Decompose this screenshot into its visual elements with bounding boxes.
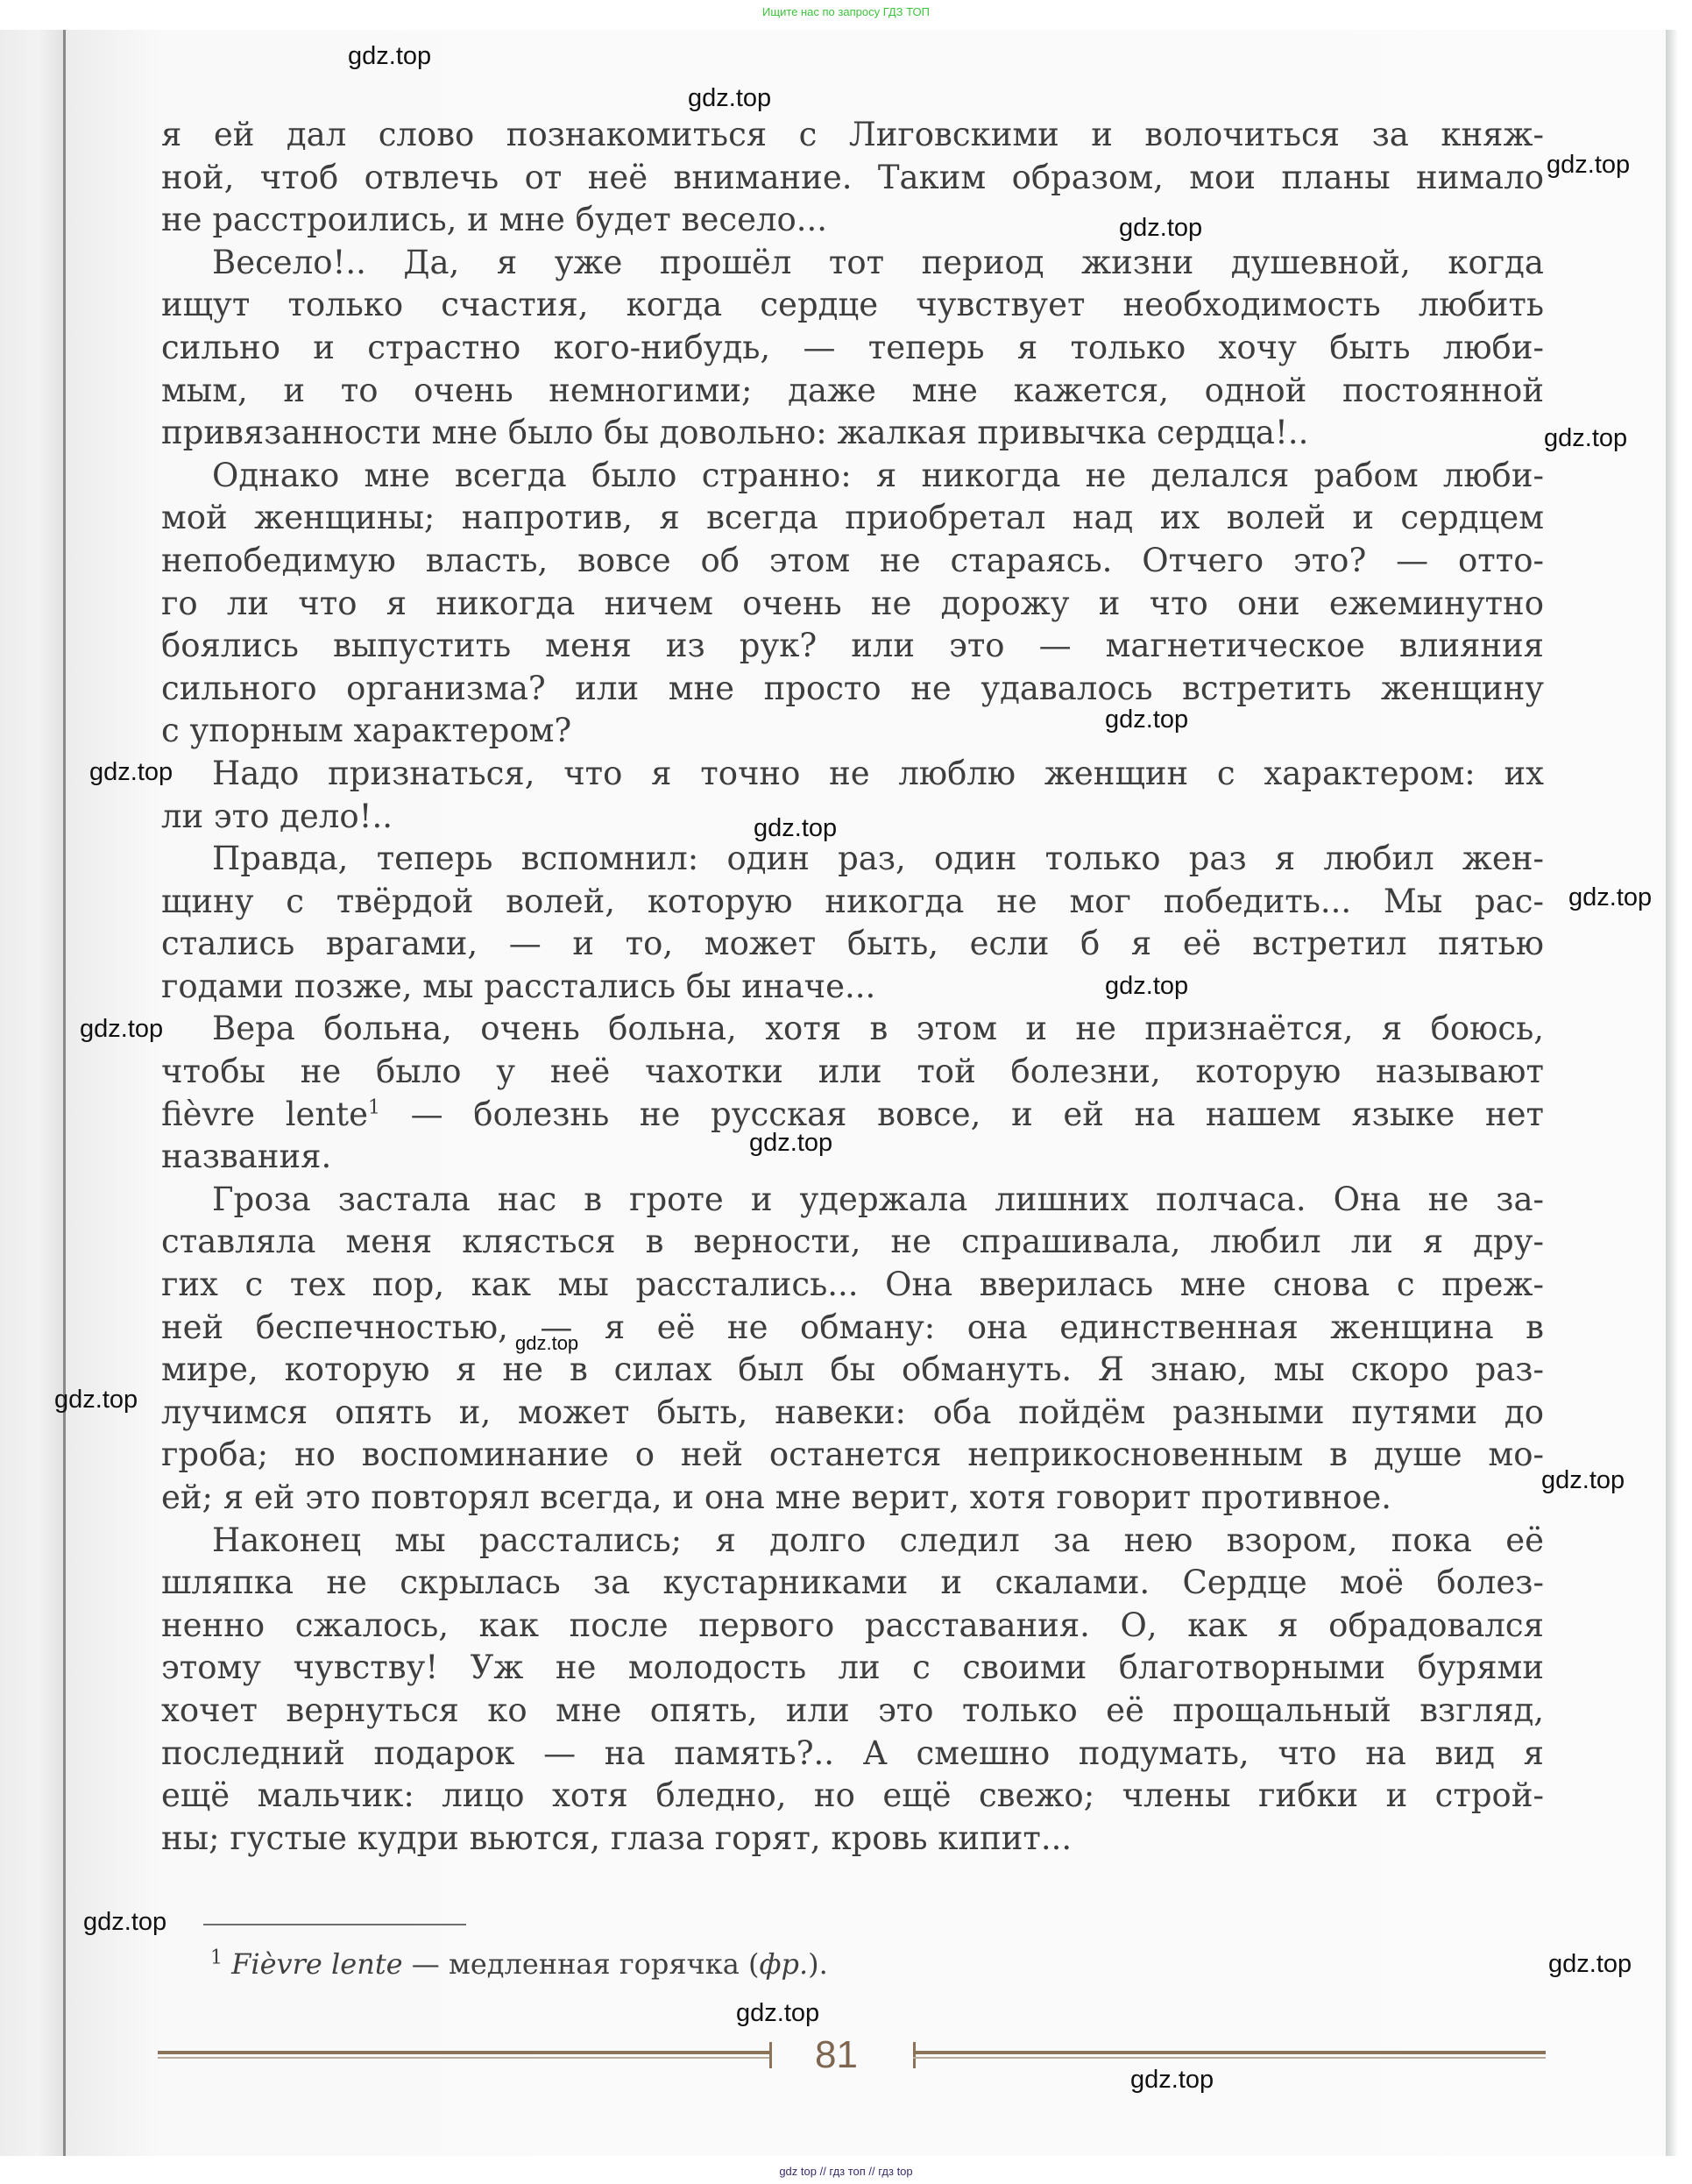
text-line: мой женщины; напротив, я всегда приобрет… [161, 497, 1544, 540]
watermark: gdz.top [754, 814, 837, 843]
watermark: gdz.top [1548, 1950, 1632, 1979]
text-line: шляпка не скрылась за кустарниками и ска… [161, 1562, 1544, 1605]
footer-links[interactable]: gdz top // гдз топ // гдз top [0, 2165, 1692, 2178]
text-line: Вера больна, очень больна, хотя в этом и… [161, 1008, 1544, 1051]
text-line: непобедимую власть, вовсе об этом не ста… [161, 540, 1544, 583]
watermark: gdz.top [54, 1386, 138, 1415]
text-line: Наконец мы расстались; я долго следил за… [161, 1520, 1544, 1563]
text-line: ставляла меня клясться в верности, не сп… [161, 1221, 1544, 1264]
text-line: го ли что я никогда ничем очень не дорож… [161, 583, 1544, 626]
footnote: 1 Fièvre lente — медленная горячка (фр.)… [210, 1947, 828, 1981]
text-line: гроба; но воспоминание о ней останется н… [161, 1434, 1544, 1477]
watermark: gdz.top [515, 1332, 578, 1355]
text-line: ной, чтоб отвлечь от неё внимание. Таким… [161, 157, 1544, 200]
watermark: gdz.top [83, 1908, 166, 1937]
text-line: Правда, теперь вспомнил: один раз, один … [161, 838, 1544, 881]
text-line: лучимся опять и, может быть, навеки: оба… [161, 1392, 1544, 1435]
previous-page-edge [0, 30, 63, 2156]
watermark: gdz.top [1130, 2066, 1214, 2095]
text-line: гих с тех пор, как мы расстались... Она … [161, 1264, 1544, 1307]
watermark: gdz.top [1105, 706, 1188, 734]
footnote-term: Fièvre lente [231, 1947, 402, 1981]
body-text: я ей дал слово познакомиться с Лиговским… [161, 114, 1544, 1860]
watermark: gdz.top [89, 758, 173, 787]
bottom-banner: gdz top // гдз топ // гдз top [0, 2158, 1692, 2184]
text-line: Весело!.. Да, я уже прошёл тот период жи… [161, 242, 1544, 285]
watermark: gdz.top [736, 1999, 819, 2028]
promo-text[interactable]: Ищите нас по запросу ГДЗ ТОП [0, 5, 1692, 18]
text-line: мире, которую я не в силах был бы обману… [161, 1349, 1544, 1392]
text-line: щину с твёрдой волей, которую никогда не… [161, 881, 1544, 924]
watermark: gdz.top [1119, 214, 1202, 243]
text-line: сильно и страстно кого-нибудь, — теперь … [161, 327, 1544, 370]
watermark: gdz.top [1544, 424, 1627, 453]
footnote-abbr: фр. [759, 1947, 808, 1981]
page-rule-left [158, 2051, 771, 2059]
text-line: этому чувству! Уж не молодость ли с свои… [161, 1647, 1544, 1690]
page-rule-left-tick [769, 2042, 772, 2068]
watermark: gdz.top [1541, 1466, 1625, 1495]
text-line: мым, и то очень немногими; даже мне каже… [161, 370, 1544, 413]
text-line: Однако мне всегда было странно: я никогд… [161, 455, 1544, 498]
text-line: ней беспечностью, — я её не обману: она … [161, 1307, 1544, 1350]
text-line: ны; густые кудри вьются, глаза горят, кр… [161, 1818, 1544, 1861]
text-line: привязанности мне было бы довольно: жалк… [161, 412, 1544, 455]
text-line: ли это дело!.. [161, 796, 1544, 839]
watermark: gdz.top [749, 1129, 832, 1158]
footnote-marker: 1 [210, 1946, 223, 1968]
page-edge-right [1666, 30, 1678, 2156]
text-line: стались врагами, — и то, может быть, есл… [161, 923, 1544, 966]
footnote-divider [203, 1924, 466, 1925]
text-line: Надо признаться, что я точно не люблю же… [161, 753, 1544, 796]
text-line: fièvre lente1 — болезнь не русская вовсе… [161, 1094, 1544, 1137]
text-line: ей; я ей это повторял всегда, и она мне … [161, 1477, 1544, 1520]
watermark: gdz.top [1547, 151, 1630, 180]
text-line: ненно сжалось, как после первого расстав… [161, 1605, 1544, 1648]
footnote-ref[interactable]: 1 [368, 1096, 380, 1118]
footnote-definition: — медленная горячка ( [403, 1947, 760, 1981]
watermark: gdz.top [348, 42, 431, 71]
text-line: сильного организма? или мне просто не уд… [161, 668, 1544, 711]
text-line: не расстроились, и мне будет весело... [161, 199, 1544, 242]
text-line: названия. [161, 1136, 1544, 1179]
watermark: gdz.top [1568, 883, 1652, 912]
page-number: 81 [815, 2033, 858, 2077]
text-line: с упорным характером? [161, 710, 1544, 753]
text-line: ищут только счастия, когда сердце чувств… [161, 284, 1544, 327]
watermark: gdz.top [688, 84, 771, 113]
text-line: ещё мальчик: лицо хотя бледно, но ещё св… [161, 1775, 1544, 1818]
text-line: чтобы не было у неё чахотки или той боле… [161, 1051, 1544, 1094]
top-banner: Ищите нас по запросу ГДЗ ТОП [0, 0, 1692, 28]
text-line: последний подарок — на память?.. А смешн… [161, 1733, 1544, 1776]
page-rule-right [913, 2051, 1546, 2059]
text-line: я ей дал слово познакомиться с Лиговским… [161, 114, 1544, 157]
text-line: годами позже, мы расстались бы иначе... [161, 966, 1544, 1009]
text-line: хочет вернуться ко мне опять, или это то… [161, 1690, 1544, 1733]
watermark: gdz.top [80, 1015, 163, 1044]
text-line: Гроза застала нас в гроте и удержала лиш… [161, 1179, 1544, 1222]
text-line: боялись выпустить меня из рук? или это —… [161, 625, 1544, 668]
watermark: gdz.top [1105, 972, 1188, 1001]
footnote-tail: ). [808, 1947, 828, 1981]
